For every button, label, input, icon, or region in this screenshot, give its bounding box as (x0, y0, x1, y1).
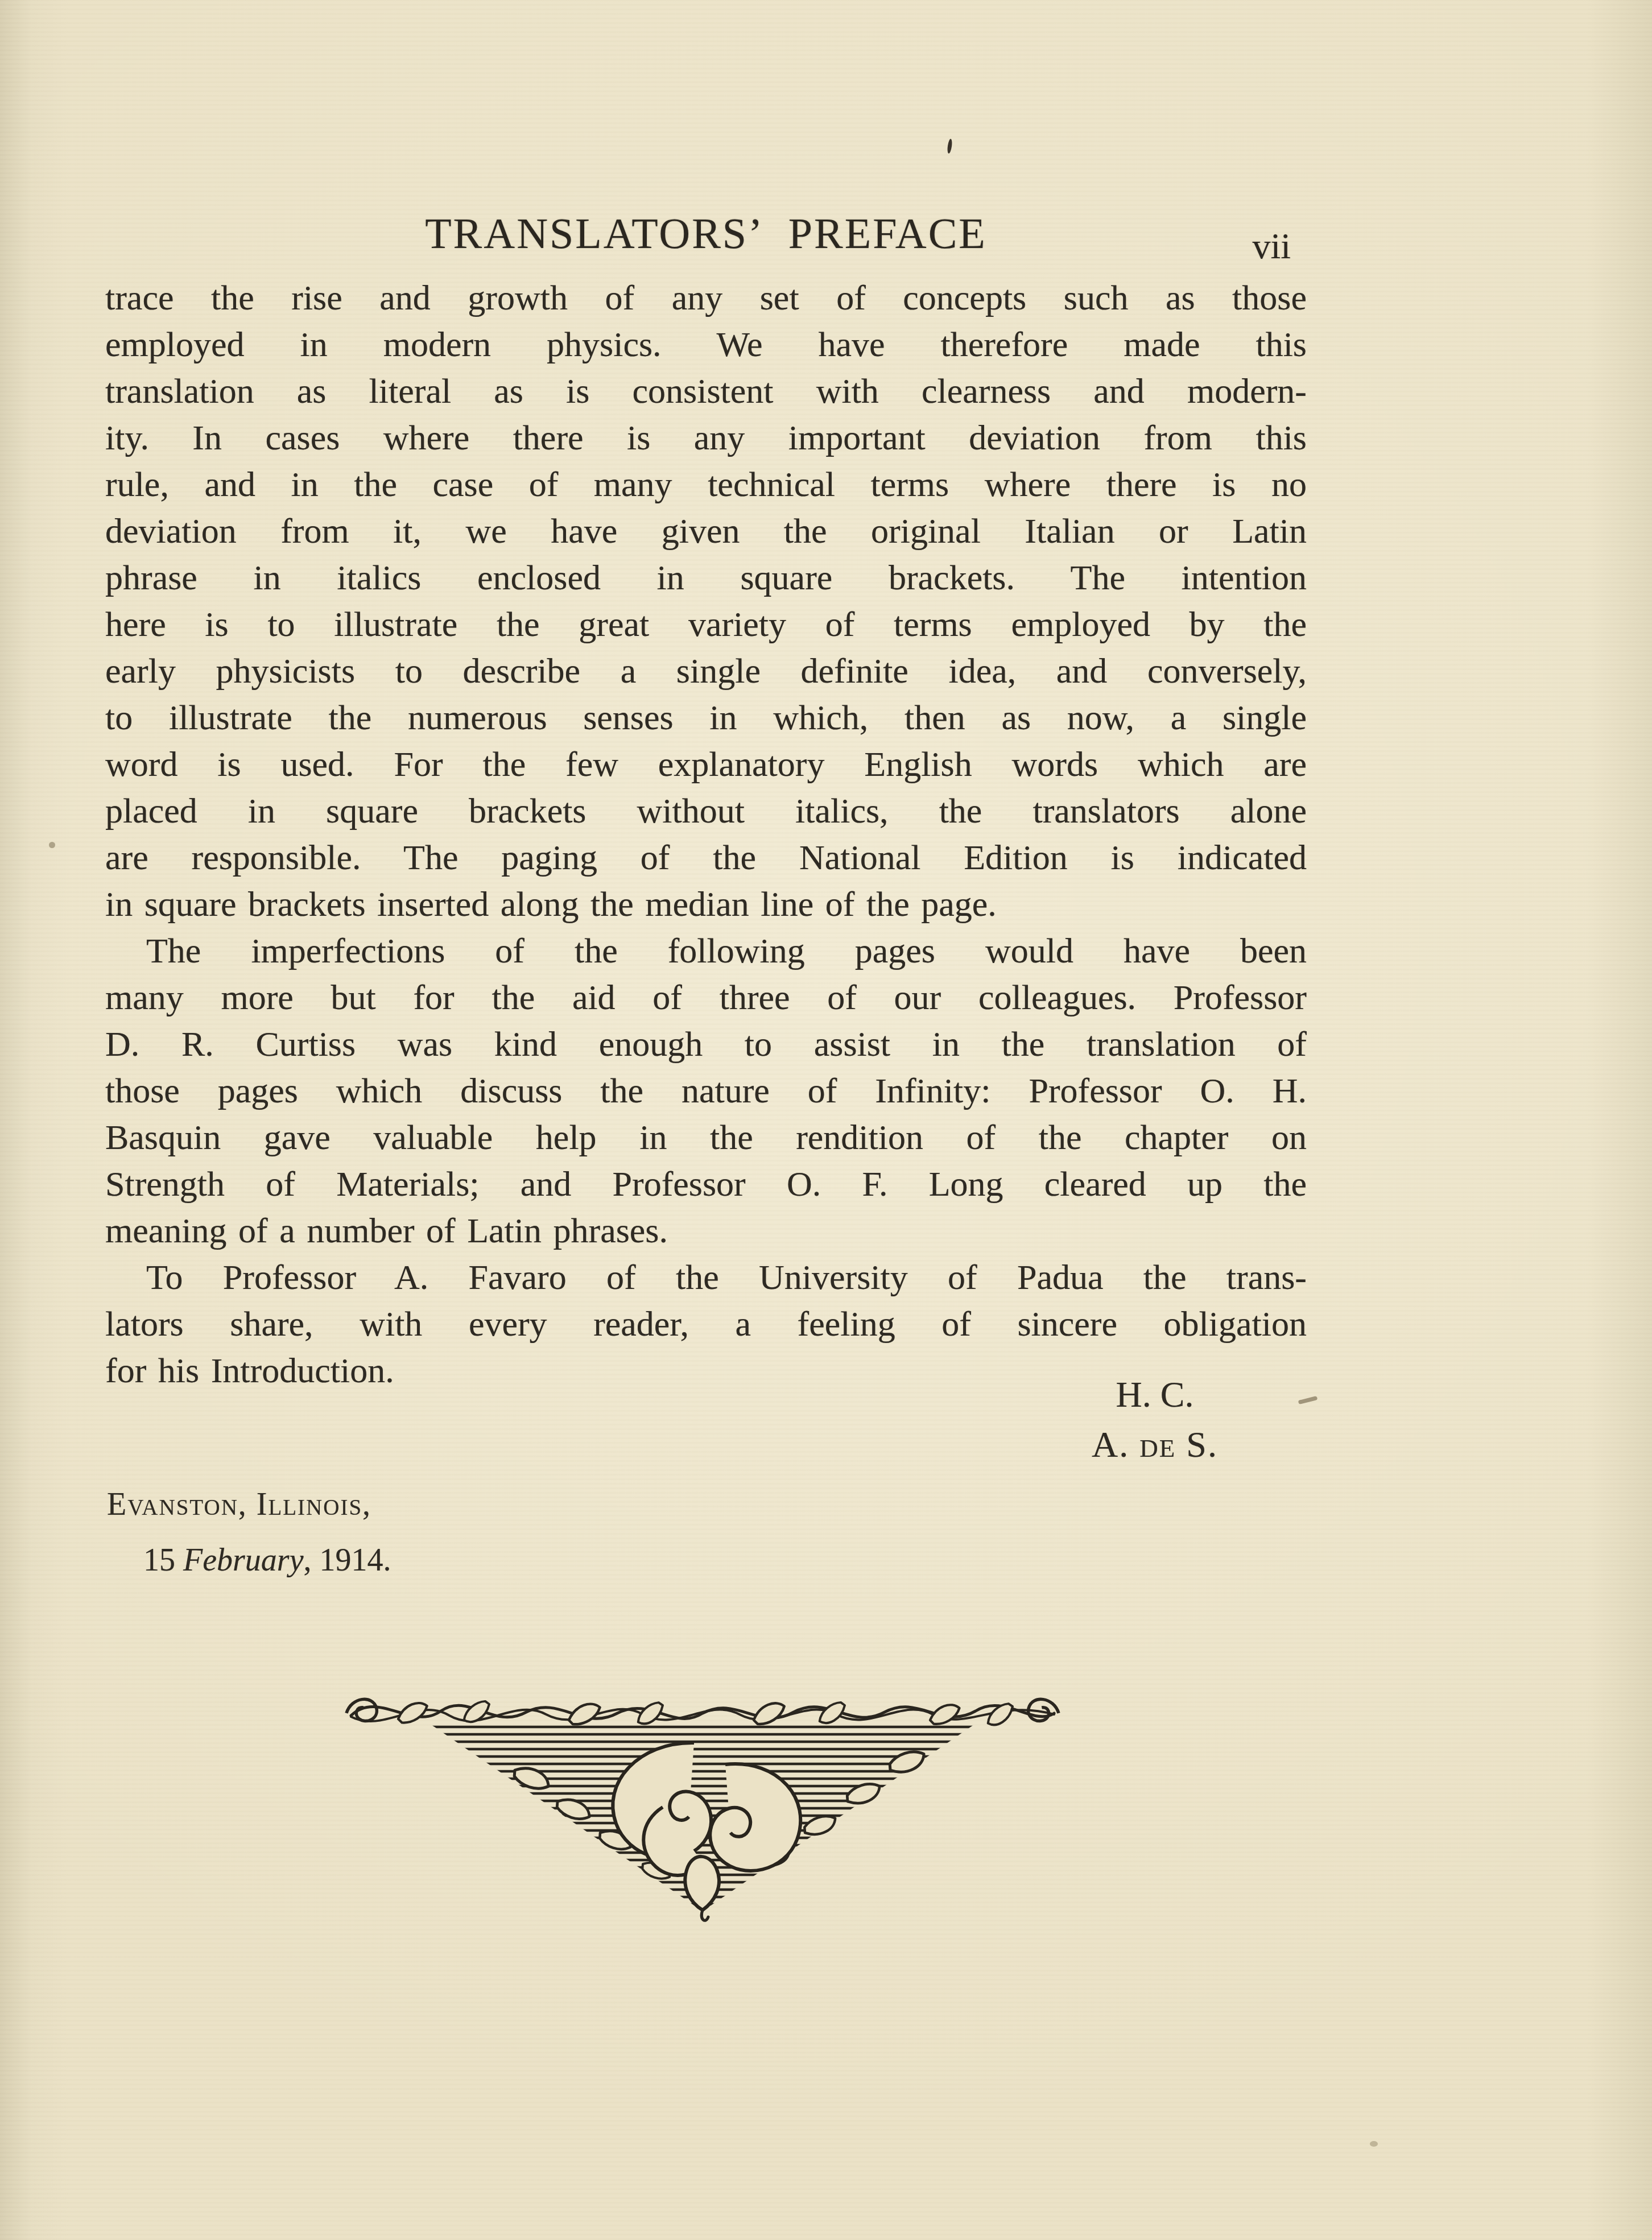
page-number: vii (1252, 225, 1291, 267)
body-line: ity. In cases where there is any importa… (105, 415, 1307, 461)
paper-speck (1370, 2141, 1378, 2147)
body-text: trace the rise and growth of any set of … (105, 275, 1307, 1394)
dateline-year: , 1914. (304, 1543, 391, 1578)
body-line: early physicists to describe a single de… (105, 648, 1307, 695)
dateline: Evanston, Illinois, 15 February, 1914. (107, 1477, 391, 1588)
book-page: TRANSLATORS’ PREFACE vii trace the rise … (0, 0, 1652, 2240)
body-line: in square brackets inserted along the me… (105, 881, 1307, 928)
page-header: TRANSLATORS’ PREFACE vii (105, 209, 1307, 272)
body-line: deviation from it, we have given the ori… (105, 508, 1307, 555)
body-line: many more but for the aid of three of ou… (105, 974, 1307, 1021)
body-line: rule, and in the case of many technical … (105, 461, 1307, 508)
paper-speck (49, 842, 55, 848)
body-line: translation as literal as is consistent … (105, 368, 1307, 415)
signature-block: H. C. A. de S. (984, 1370, 1325, 1470)
dateline-month: February (183, 1543, 304, 1578)
body-line: lators share, with every reader, a feeli… (105, 1301, 1307, 1348)
paper-speck (947, 139, 953, 154)
body-line: trace the rise and growth of any set of … (105, 275, 1307, 321)
body-line: Strength of Materials; and Professor O. … (105, 1161, 1307, 1208)
signature-initials-2: A. de S. (984, 1420, 1325, 1470)
signature-initials-1: H. C. (984, 1370, 1325, 1420)
dateline-date: 15 February, 1914. (107, 1532, 391, 1588)
dateline-place: Evanston, Illinois, (107, 1477, 391, 1532)
foliate-tailpiece-ornament (344, 1679, 1061, 1924)
body-line: placed in square brackets without italic… (105, 788, 1307, 834)
body-line: employed in modern physics. We have ther… (105, 321, 1307, 368)
body-line: meaning of a number of Latin phrases. (105, 1208, 1307, 1254)
body-line: are responsible. The paging of the Natio… (105, 834, 1307, 881)
body-line: to illustrate the numerous senses in whi… (105, 695, 1307, 741)
body-line: D. R. Curtiss was kind enough to assist … (105, 1021, 1307, 1068)
body-line: Basquin gave valuable help in the rendit… (105, 1114, 1307, 1161)
body-line: To Professor A. Favaro of the University… (105, 1254, 1307, 1301)
body-line: The imperfections of the following pages… (105, 928, 1307, 974)
page-title: TRANSLATORS’ PREFACE (425, 210, 987, 258)
tailpiece-svg (344, 1679, 1061, 1924)
body-line: here is to illustrate the great variety … (105, 601, 1307, 648)
body-line: those pages which discuss the nature of … (105, 1068, 1307, 1114)
body-line: phrase in italics enclosed in square bra… (105, 555, 1307, 601)
body-line: word is used. For the few explanatory En… (105, 741, 1307, 788)
dateline-day: 15 (143, 1543, 183, 1578)
